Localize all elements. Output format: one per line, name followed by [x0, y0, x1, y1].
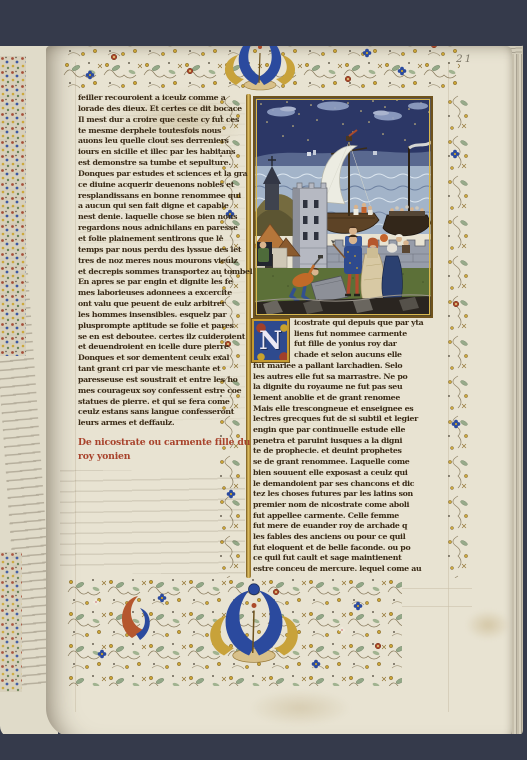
- parchment-stain: [466, 610, 510, 640]
- showthrough-text: [60, 470, 245, 574]
- manuscript-photograph: 21: [0, 0, 527, 760]
- text-line: lectres grecques fut de si subtil et leg…: [253, 414, 443, 425]
- text-line: les fables des anciens ou pour ce quil: [253, 532, 443, 543]
- green-man-in-window: [256, 242, 272, 266]
- text-line: penetra et paruint iusques a la digni: [253, 436, 443, 447]
- right-text-column: icostrate qui depuis que par ytaliens fu…: [253, 318, 443, 575]
- text-line: la dignite du royaume ne fut pas seu: [253, 382, 443, 393]
- background-right: [523, 0, 527, 760]
- bottom-floral-border: [66, 576, 402, 686]
- rubric-line: De nicostrate ou carmente fille du: [78, 436, 263, 450]
- text-line: liens fut nommee carmente: [253, 329, 443, 340]
- facing-page-border-edge-bottom: [0, 552, 22, 692]
- parchment-stain: [250, 690, 350, 726]
- rubric-line: roy yonien: [78, 450, 263, 464]
- text-line: les autres elle fut sa marrastre. Ne po: [253, 372, 443, 383]
- text-line: engin que par continuelle estude elle: [253, 425, 443, 436]
- text-line: fut mariee a pallant larchadien. Selo: [253, 361, 443, 372]
- ruling-line: [402, 606, 472, 607]
- text-line: Mais elle trescongneue et enseignee es: [253, 404, 443, 415]
- text-line: chade et selon aucuns elle: [253, 350, 443, 361]
- background-top: [0, 0, 527, 46]
- text-line: fut mere de euander roy de archade q: [253, 521, 443, 532]
- miniature-painting: [253, 96, 433, 318]
- text-line: se de grant renommee. Laquelle come: [253, 457, 443, 468]
- text-line: lement anoblie et de grant renomee: [253, 393, 443, 404]
- text-line: bien souuent elle exposast a ceulz qui: [253, 468, 443, 479]
- text-line: tez les choses futures par les latins so…: [253, 489, 443, 500]
- text-line: le demandoient par ses chancons et dic: [253, 479, 443, 490]
- text-line: fut fille de yonius roy dar: [253, 339, 443, 350]
- text-line: icostrate qui depuis que par yta: [253, 318, 443, 329]
- background-bottom: [0, 734, 527, 760]
- text-line: ce quil fut cault et sage maintienent: [253, 553, 443, 564]
- text-line: estre conceu de mercure. lequel come au: [253, 564, 443, 575]
- text-line: fut eloquent et de belle faconde. ou po: [253, 543, 443, 554]
- right-vine-border: [444, 94, 468, 578]
- ruling-line: [402, 588, 472, 589]
- showthrough-text: [80, 95, 245, 425]
- background-top-left: [0, 0, 58, 30]
- text-line: fut appellee carmente. Celle femme: [253, 511, 443, 522]
- text-line: premier nom de nicostrate come aboli: [253, 500, 443, 511]
- rubric-chapter-heading: De nicostrate ou carmente fille duroy yo…: [78, 436, 263, 463]
- facing-page-border-edge: [0, 56, 26, 356]
- text-line: te de prophecie. et deuint prophetes: [253, 446, 443, 457]
